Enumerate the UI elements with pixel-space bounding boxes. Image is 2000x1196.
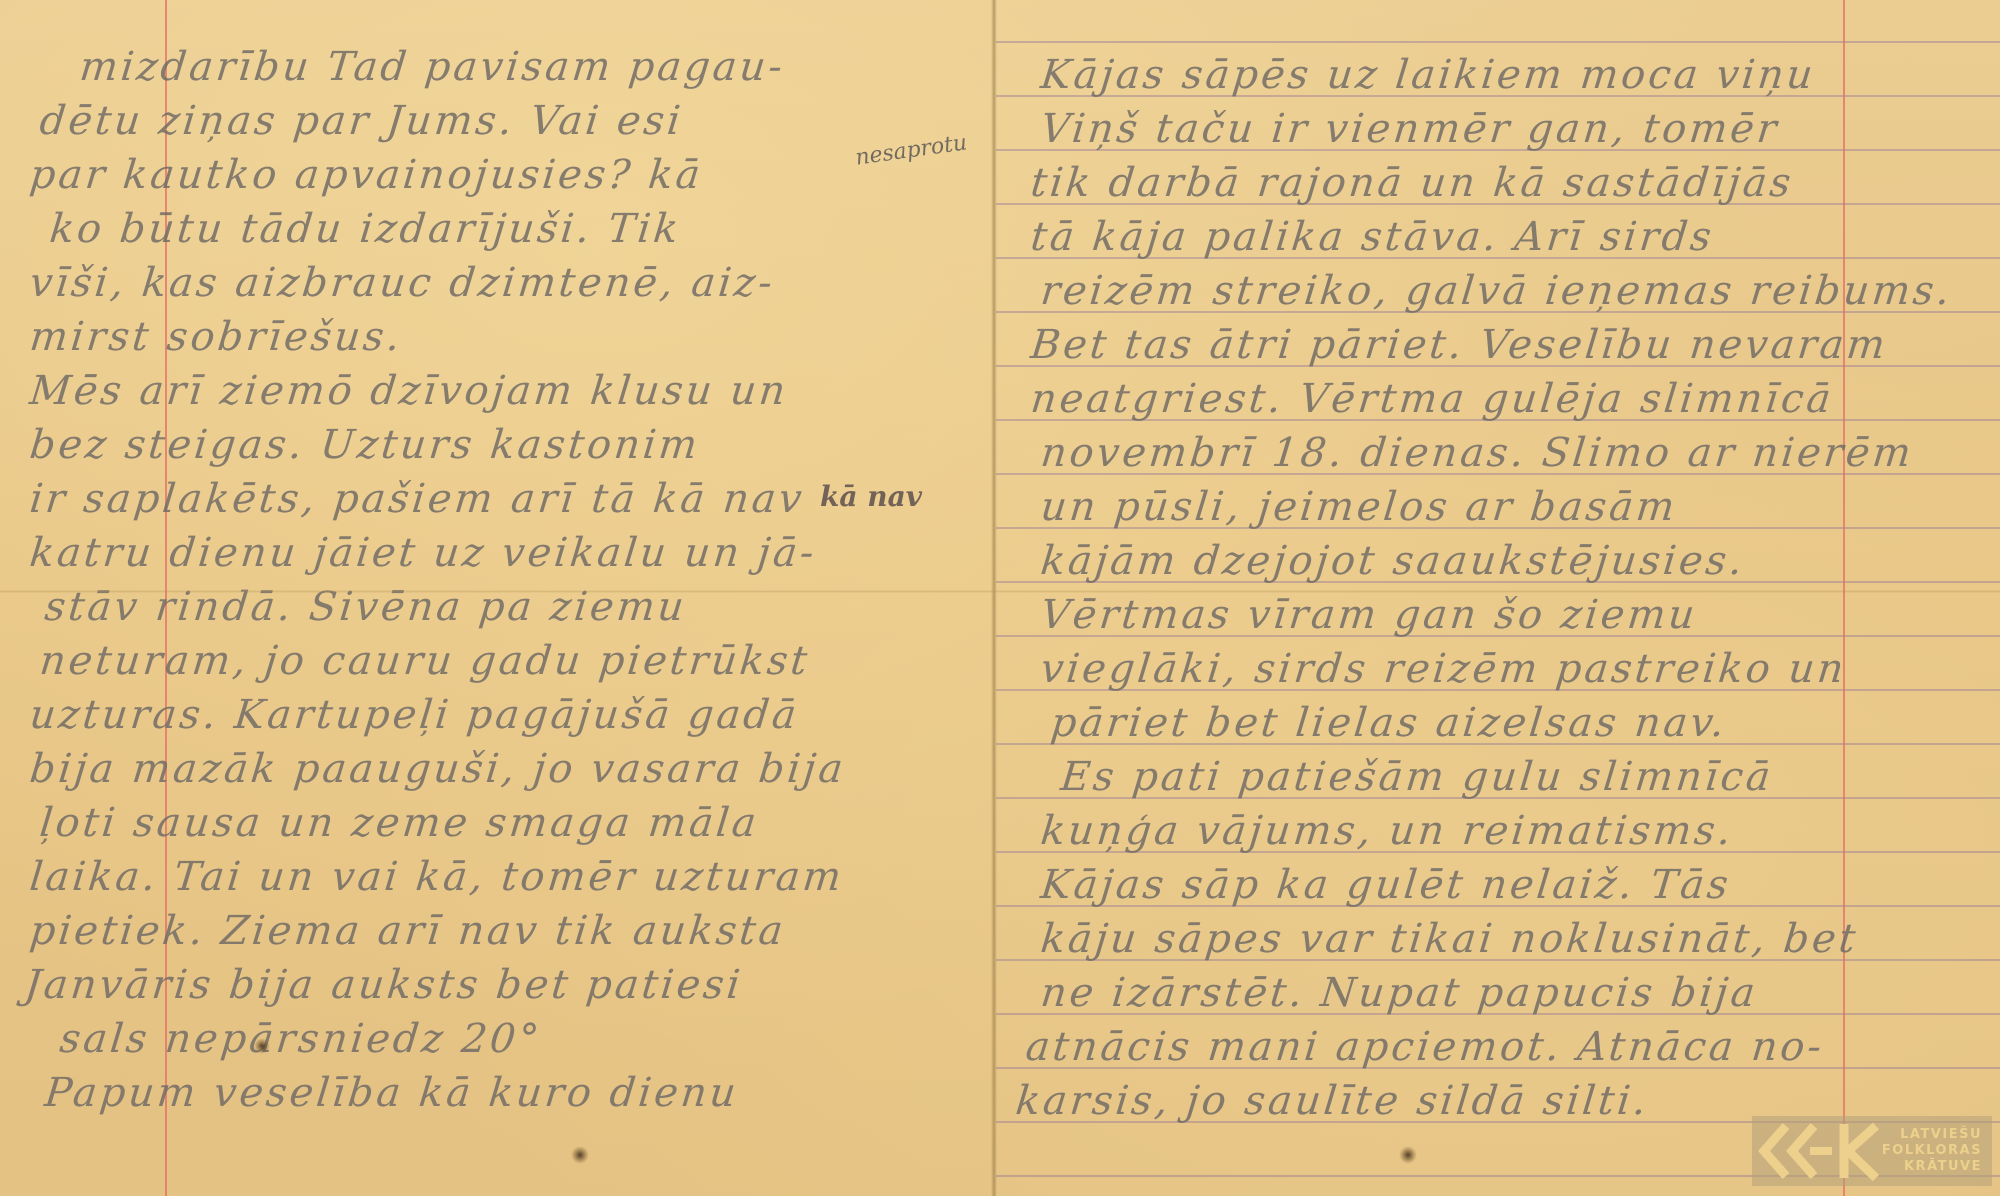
- handwritten-line: Bet tas ātri pāriet. Veselību nevaram: [1029, 322, 1890, 368]
- handwritten-line: Kājas sāp ka gulēt nelaiž. Tās: [1039, 862, 1734, 908]
- handwritten-line: mizdarību Tad pavisam pagau-: [78, 44, 788, 90]
- handwritten-line: ļoti sausa un zeme smaga māla: [38, 800, 762, 846]
- interlinear-annotation: nesaprotu: [854, 130, 969, 170]
- paper-stain: [254, 1038, 270, 1054]
- watermark-line-2: FOLKLORAS: [1882, 1143, 1982, 1159]
- handwritten-line: un pūsli, jeimelos ar basām: [1039, 484, 1680, 530]
- handwritten-line: Viņš taču ir vienmēr gan, tomēr: [1039, 106, 1782, 152]
- handwritten-line: laika. Tai un vai kā, tomēr uzturam: [28, 854, 847, 900]
- watermark-text: LATVIEŠU FOLKLORAS KRĀTUVE: [1882, 1127, 1992, 1175]
- handwritten-line: tik darbā rajonā un kā sastādījās: [1029, 160, 1796, 206]
- handwritten-line: ko būtu tādu izdarījuši. Tik: [48, 206, 684, 252]
- margin-line: [1843, 0, 1845, 1196]
- handwritten-line: katru dienu jāiet uz veikalu un jā-: [28, 530, 819, 576]
- handwritten-line: neatgriest. Vērtma gulēja slimnīcā: [1029, 376, 1836, 422]
- handwritten-line: atnācis mani apciemot. Atnāca no-: [1024, 1024, 1827, 1070]
- handwritten-line: vīši, kas aizbrauc dzimtenē, aiz-: [28, 260, 778, 306]
- handwritten-line: Kājas sāpēs uz laikiem moca viņu: [1039, 52, 1818, 98]
- watermark-line-3: KRĀTUVE: [1904, 1159, 1982, 1175]
- handwritten-line: vieglāki, sirds reizēm pastreiko un: [1039, 646, 1849, 692]
- right-page: Kājas sāpēs uz laikiem moca viņu Viņš ta…: [996, 0, 2000, 1196]
- left-page: mizdarību Tad pavisam pagau- dētu ziņas …: [0, 0, 994, 1196]
- correction-annotation: kā nav: [820, 480, 922, 513]
- handwritten-line: kāju sāpes var tikai noklusināt, bet: [1039, 916, 1861, 962]
- handwritten-line: pietiek. Ziema arī nav tik auksta: [28, 908, 788, 954]
- handwritten-line: ir saplakēts, pašiem arī tā kā nav: [28, 476, 807, 522]
- handwritten-line: Papum veselība kā kuro dienu: [43, 1070, 741, 1116]
- scanned-letter: mizdarību Tad pavisam pagau- dētu ziņas …: [0, 0, 2000, 1196]
- handwritten-line: bija mazāk paauguši, jo vasara bija: [28, 746, 848, 792]
- handwritten-line: tā kāja palika stāva. Arī sirds: [1029, 214, 1717, 260]
- handwritten-line: Janvāris bija auksts bet patiesi: [23, 962, 746, 1008]
- handwritten-line: reizēm streiko, galvā ieņemas reibums.: [1039, 268, 1955, 314]
- handwritten-line: kuņģa vājums, un reimatisms.: [1039, 808, 1736, 854]
- handwritten-line: Vērtmas vīram gan šo ziemu: [1039, 592, 1700, 638]
- paper-stain: [571, 1146, 589, 1164]
- handwritten-line: ne izārstēt. Nupat papucis bija: [1039, 970, 1761, 1016]
- archive-watermark: LATVIEŠU FOLKLORAS KRĀTUVE: [1752, 1116, 1992, 1186]
- handwritten-line: novembrī 18. dienas. Slimo ar nierēm: [1039, 430, 1916, 476]
- handwritten-line: neturam, jo cauru gadu pietrūkst: [38, 638, 813, 684]
- handwritten-line: pāriet bet lielas aizelsas nav.: [1049, 700, 1730, 746]
- watermark-line-1: LATVIEŠU: [1900, 1127, 1982, 1143]
- handwritten-line: Es pati patiešām gulu slimnīcā: [1059, 754, 1776, 800]
- handwritten-line: kājām dzejojot saaukstējusies.: [1039, 538, 1748, 584]
- lfk-logo-icon: [1752, 1116, 1882, 1186]
- handwritten-line: mirst sobrīešus.: [28, 314, 405, 360]
- horizontal-crease: [0, 590, 2000, 593]
- handwritten-line: sals nepārsniedz 20°: [58, 1016, 544, 1062]
- handwritten-line: Mēs arī ziemō dzīvojam klusu un: [28, 368, 791, 414]
- handwritten-line: bez steigas. Uzturs kastonim: [28, 422, 703, 468]
- handwritten-line: par kautko apvainojusies? kā: [28, 152, 706, 198]
- handwritten-line: karsis, jo saulīte sildā silti.: [1014, 1078, 1652, 1124]
- handwritten-line: dētu ziņas par Jums. Vai esi: [38, 98, 686, 144]
- paper-stain: [1399, 1146, 1417, 1164]
- handwritten-line: uzturas. Kartupeļi pagājušā gadā: [28, 692, 802, 738]
